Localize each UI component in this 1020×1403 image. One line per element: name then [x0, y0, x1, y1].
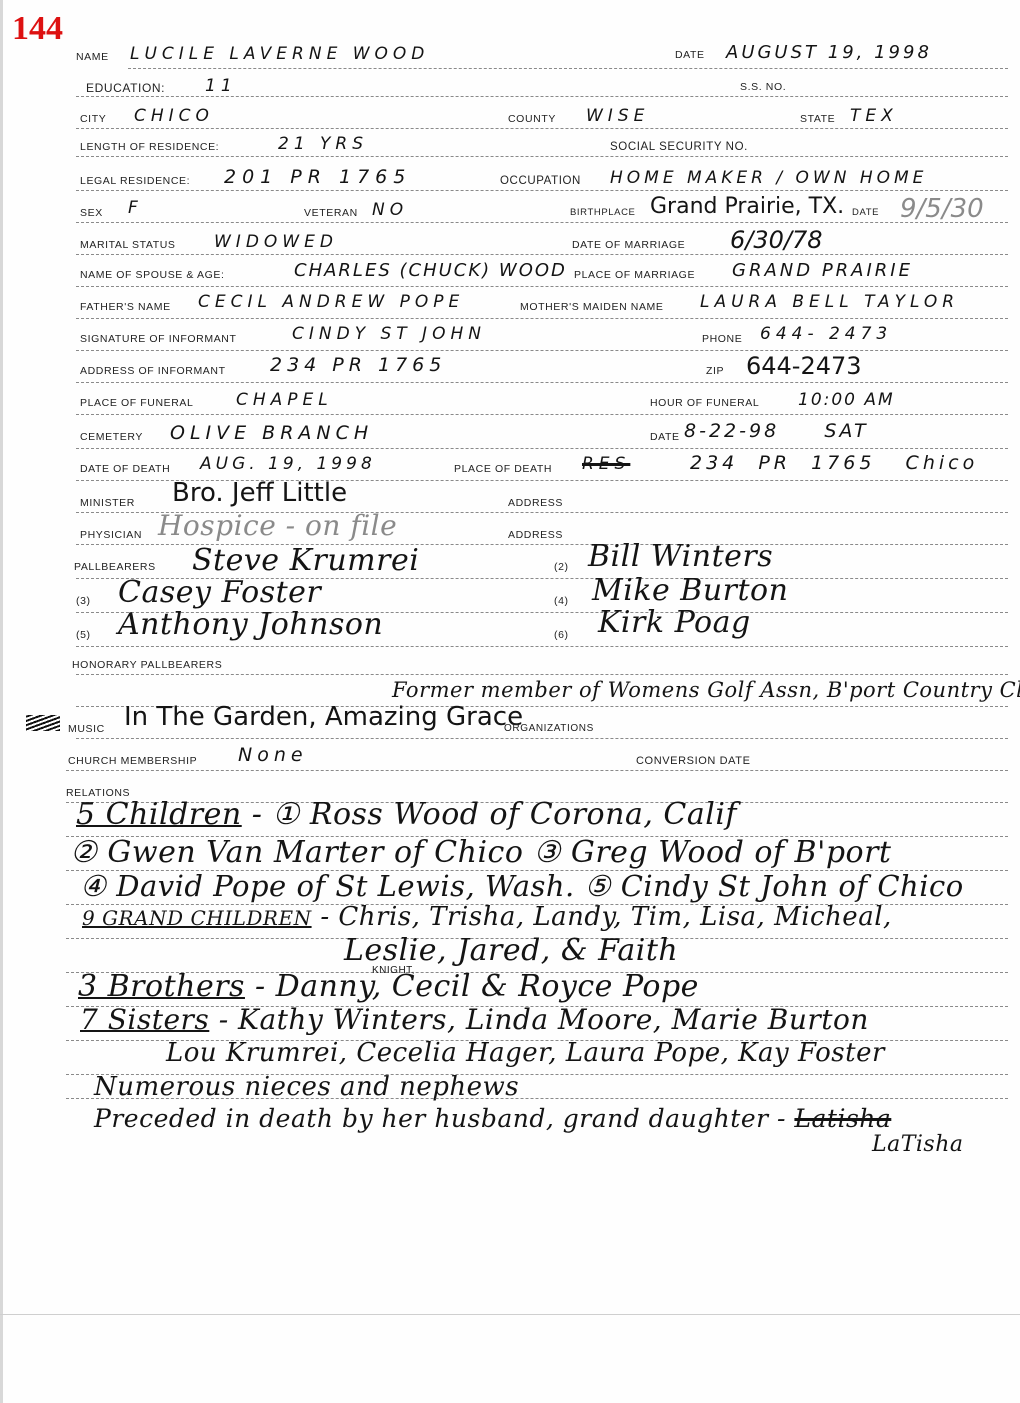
- rule: [76, 286, 1008, 287]
- rule: [76, 190, 1008, 191]
- rule: [76, 738, 1008, 739]
- zip-label: Zip: [706, 366, 724, 377]
- rule: [76, 318, 1008, 319]
- rule: [76, 222, 1008, 223]
- relations-line-preceded: Preceded in death by her husband, grand …: [94, 1106, 891, 1131]
- funeral-date-value: 8-22-98 SAT: [684, 422, 869, 441]
- father-label: Father's Name: [80, 302, 171, 313]
- rule: [76, 382, 1008, 383]
- grandchildren-heading: 9 GRAND CHILDREN: [82, 906, 312, 930]
- page-number: 144: [12, 12, 63, 46]
- struck-name: Latisha: [794, 1104, 891, 1133]
- date-value: AUGUST 19, 1998: [726, 44, 932, 62]
- legal-residence-label: Legal Residence:: [80, 176, 190, 187]
- length-of-residence-label: Length of Residence:: [80, 142, 219, 153]
- minister-label: Minister: [80, 498, 135, 509]
- funeral-record-page: 144 Name LUCILE LAVERNE WOOD Date AUGUST…: [0, 0, 1020, 1403]
- county-value: WISE: [586, 108, 649, 125]
- rule: [76, 156, 1008, 157]
- ss-no-label: S.S. No.: [740, 82, 786, 93]
- minister-value: Bro. Jeff Little: [172, 480, 347, 506]
- honorary-pallbearers-label: Honorary Pallbearers: [72, 660, 222, 671]
- date-of-marriage-label: Date of Marriage: [572, 240, 685, 251]
- relations-line-children: 5 Children - ① Ross Wood of Corona, Cali…: [76, 800, 737, 830]
- name-value: LUCILE LAVERNE WOOD: [130, 46, 429, 63]
- birthplace-label: Birthplace: [570, 208, 635, 218]
- place-of-death-value: 234 PR 1765 Chico: [690, 454, 978, 473]
- rule: [128, 68, 1008, 69]
- pallbearer-3-num: (3): [76, 596, 91, 607]
- name-label: Name: [76, 52, 109, 63]
- relations-line-sisters-2: Lou Krumrei, Cecelia Hager, Laura Pope, …: [166, 1040, 885, 1066]
- marital-status-label: Marital Status: [80, 240, 176, 251]
- pallbearer-4: Mike Burton: [592, 576, 788, 606]
- sisters-heading: 7 Sisters: [80, 1003, 209, 1036]
- mother-value: LAURA BELL TAYLOR: [700, 294, 959, 311]
- veteran-label: Veteran: [304, 208, 358, 219]
- cemetery-label: Cemetery: [80, 432, 143, 443]
- relations-line-grandchildren-2: Leslie, Jared, & Faith: [344, 936, 678, 966]
- social-security-no-label: Social Security No.: [610, 142, 748, 154]
- legal-residence-value: 201 PR 1765: [224, 168, 411, 187]
- marital-status-value: WIDOWED: [214, 234, 338, 251]
- place-of-marriage-value: GRAND PRAIRIE: [732, 262, 913, 280]
- physician-value: Hospice - on file: [158, 512, 397, 540]
- rule: [76, 350, 1008, 351]
- hour-of-funeral-label: Hour of Funeral: [650, 398, 759, 409]
- pallbearer-5-num: (5): [76, 630, 91, 641]
- place-of-funeral-label: Place of Funeral: [80, 398, 193, 409]
- informant-signature-value: CINDY ST JOHN: [292, 326, 486, 343]
- rule: [76, 96, 1008, 97]
- rule: [66, 1098, 1008, 1099]
- scribble-mark: [26, 715, 60, 731]
- rule: [66, 770, 1008, 771]
- birth-date-value: 9/5/30: [900, 196, 984, 222]
- pallbearer-2: Bill Winters: [588, 542, 773, 572]
- pallbearer-5: Anthony Johnson: [118, 610, 383, 640]
- county-label: County: [508, 114, 556, 125]
- phone-value: 644- 2473: [760, 326, 892, 343]
- physician-label: Physician: [80, 530, 142, 541]
- pallbearer-4-num: (4): [554, 596, 569, 607]
- date-of-death-label: Date of Death: [80, 464, 170, 475]
- birthplace-value: Grand Prairie, TX.: [650, 196, 844, 218]
- occupation-value: HOME MAKER / OWN HOME: [610, 170, 927, 187]
- mother-label: Mother's Maiden Name: [520, 302, 664, 313]
- place-of-death-label: Place of Death: [454, 464, 552, 475]
- rule: [76, 674, 1008, 675]
- relations-line-nieces: Numerous nieces and nephews: [94, 1074, 519, 1100]
- city-value: CHICO: [134, 108, 214, 125]
- children-heading: 5 Children: [76, 797, 242, 832]
- zip-value: 644-2473: [746, 354, 862, 378]
- relations-line-brothers: 3 Brothers - Danny, Cecil & Royce Pope: [78, 972, 699, 1002]
- pallbearers-label: Pallbearers: [74, 562, 156, 573]
- relations-line-sisters: 7 Sisters - Kathy Winters, Linda Moore, …: [80, 1006, 869, 1034]
- organizations-note: Former member of Womens Golf Assn, B'por…: [392, 680, 1020, 701]
- rule: [76, 646, 1008, 647]
- pallbearer-1: Steve Krumrei: [192, 546, 419, 576]
- music-label: Music: [68, 724, 105, 735]
- physician-address-label: Address: [508, 530, 563, 541]
- informant-address-value: 234 PR 1765: [270, 356, 446, 375]
- hour-of-funeral-value: 10:00 AM: [798, 392, 895, 409]
- length-of-residence-value: 21 YRS: [278, 136, 368, 153]
- relations-line-2: ② Gwen Van Marter of Chico ③ Greg Wood o…: [70, 838, 892, 868]
- brothers-heading: 3 Brothers: [78, 969, 245, 1004]
- phone-label: Phone: [702, 334, 742, 345]
- rule: [76, 448, 1008, 449]
- sex-value: F: [128, 200, 143, 217]
- music-value: In The Garden, Amazing Grace: [124, 704, 523, 730]
- informant-address-label: Address of Informant: [80, 366, 226, 377]
- church-membership-label: Church Membership: [68, 756, 197, 767]
- spouse-label: Name of Spouse & Age:: [80, 270, 224, 281]
- preceded-correction: LaTisha: [872, 1134, 964, 1156]
- date-label: Date: [675, 50, 705, 61]
- rule: [76, 128, 1008, 129]
- place-of-funeral-value: CHAPEL: [236, 392, 333, 409]
- relations-line-3: ④ David Pope of St Lewis, Wash. ⑤ Cindy …: [80, 872, 964, 901]
- funeral-date-label: Date: [650, 432, 680, 443]
- date-of-death-value: AUG. 19, 1998: [200, 456, 376, 473]
- conversion-date-label: Conversion Date: [636, 756, 751, 767]
- birth-date-label: Date: [852, 208, 879, 218]
- scan-fold-line: [0, 1314, 1020, 1315]
- pallbearer-3: Casey Foster: [118, 578, 321, 608]
- rule: [76, 414, 1008, 415]
- occupation-label: Occupation: [500, 176, 581, 188]
- rule: [76, 254, 1008, 255]
- state-label: State: [800, 114, 835, 125]
- cemetery-value: OLIVE BRANCH: [170, 424, 373, 443]
- father-value: CECIL ANDREW POPE: [198, 294, 464, 311]
- spouse-value: CHARLES (CHUCK) WOOD: [294, 262, 567, 280]
- sex-label: Sex: [80, 208, 103, 219]
- education-label: Education:: [86, 82, 165, 94]
- minister-address-label: Address: [508, 498, 563, 509]
- place-of-death-struck: RES: [582, 456, 630, 473]
- place-of-marriage-label: Place of Marriage: [574, 270, 695, 281]
- pallbearer-6: Kirk Poag: [598, 608, 751, 638]
- veteran-value: NO: [372, 202, 408, 219]
- pallbearer-2-num: (2): [554, 562, 569, 573]
- church-membership-value: None: [238, 746, 308, 765]
- date-of-marriage-value: 6/30/78: [730, 228, 823, 252]
- page-edge: [0, 0, 3, 1403]
- state-value: TEX: [850, 108, 898, 125]
- relations-line-grandchildren: 9 GRAND CHILDREN - Chris, Trisha, Landy,…: [82, 904, 892, 930]
- city-label: City: [80, 114, 106, 125]
- pallbearer-6-num: (6): [554, 630, 569, 641]
- informant-signature-label: Signature of Informant: [80, 334, 237, 345]
- organizations-label: Organizations: [504, 724, 594, 734]
- education-value: 11: [205, 78, 237, 95]
